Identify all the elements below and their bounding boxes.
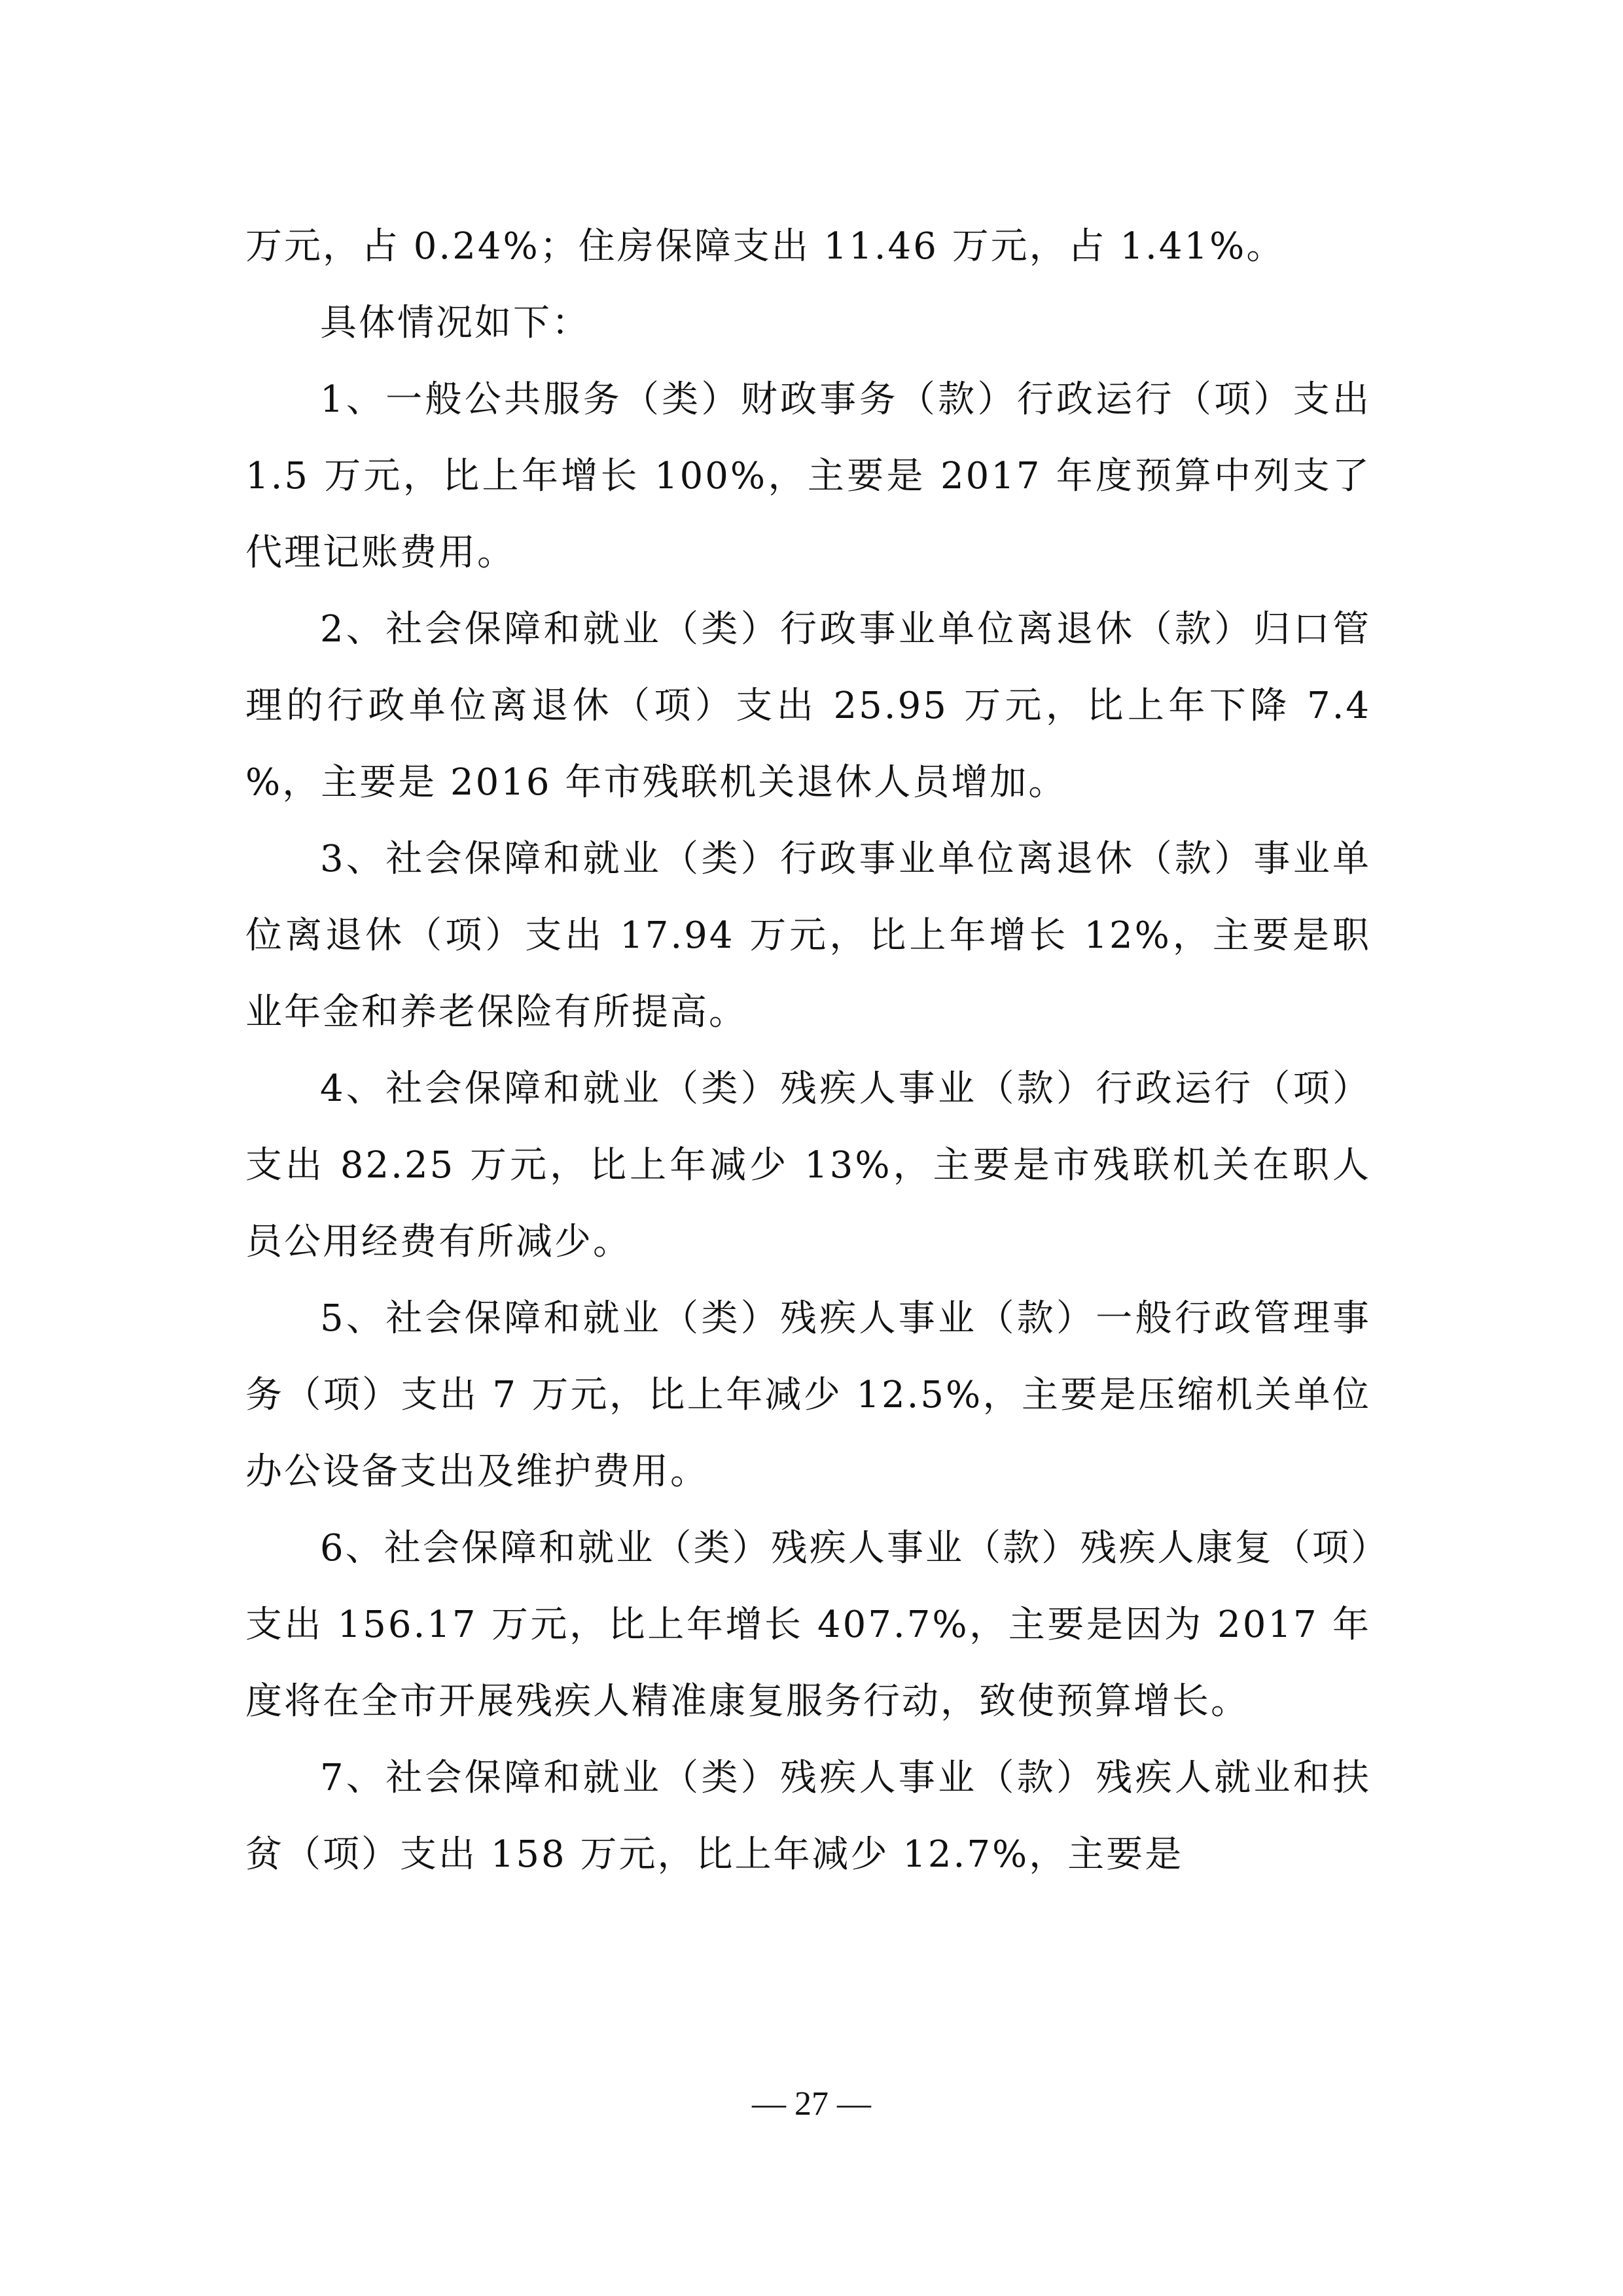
body-text: 万元，占 0.24%；住房保障支出 11.46 万元，占 1.41%。 具体情况… xyxy=(245,208,1371,1893)
document-page: 万元，占 0.24%；住房保障支出 11.46 万元，占 1.41%。 具体情况… xyxy=(0,0,1623,2296)
paragraph-item-4: 4、社会保障和就业（类）残疾人事业（款）行政运行（项）支出 82.25 万元，比… xyxy=(245,1050,1371,1280)
page-number: — 27 — xyxy=(0,2085,1623,2123)
paragraph-continuation: 万元，占 0.24%；住房保障支出 11.46 万元，占 1.41%。 xyxy=(245,208,1371,285)
paragraph-intro: 具体情况如下： xyxy=(245,285,1371,361)
paragraph-item-2: 2、社会保障和就业（类）行政事业单位离退休（款）归口管理的行政单位离退休（项）支… xyxy=(245,591,1371,821)
paragraph-item-3: 3、社会保障和就业（类）行政事业单位离退休（款）事业单位离退休（项）支出 17.… xyxy=(245,821,1371,1050)
paragraph-item-5: 5、社会保障和就业（类）残疾人事业（款）一般行政管理事务（项）支出 7 万元，比… xyxy=(245,1280,1371,1510)
paragraph-item-1: 1、一般公共服务（类）财政事务（款）行政运行（项）支出 1.5 万元，比上年增长… xyxy=(245,361,1371,591)
paragraph-item-6: 6、社会保障和就业（类）残疾人事业（款）残疾人康复（项）支出 156.17 万元… xyxy=(245,1510,1371,1740)
paragraph-item-7: 7、社会保障和就业（类）残疾人事业（款）残疾人就业和扶贫（项）支出 158 万元… xyxy=(245,1740,1371,1893)
